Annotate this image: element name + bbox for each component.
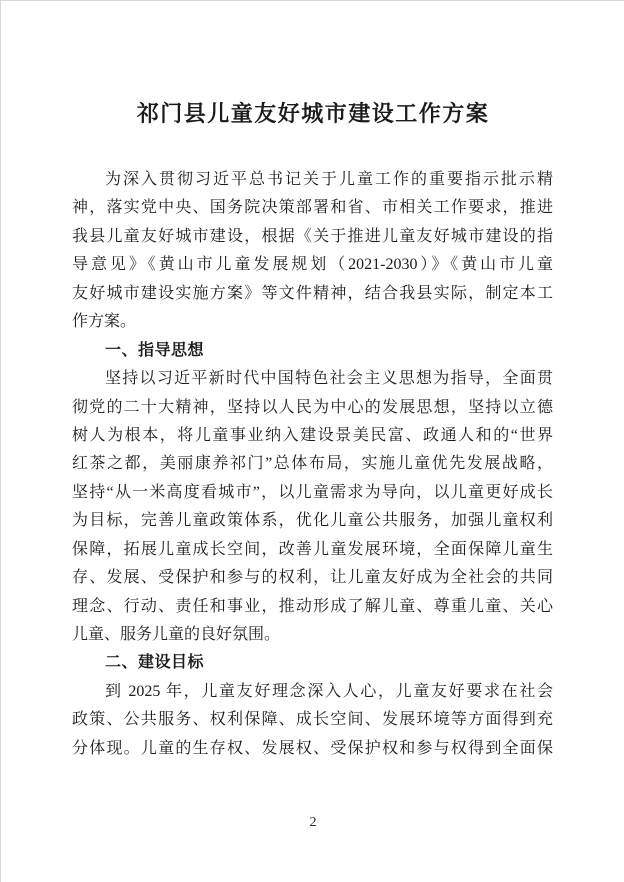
body-line: 作方案。 [72,308,553,336]
body-line: 理念、行动、责任和事业，推动形成了解儿童、尊重儿童、关心 [72,593,553,621]
body-line: 红茶之都，美丽康养祁门”总体布局，实施儿童优先发展战略， [72,450,553,478]
body-line: 树人为根本，将儿童事业纳入建设景美民富、政通人和的“世界 [72,422,553,450]
document-body: 为深入贯彻习近平总书记关于儿童工作的重要指示批示精 神，落实党中央、国务院决策部… [72,166,553,763]
body-line: 存、发展、受保护和参与的权利，让儿童友好成为全社会的共同 [72,564,553,592]
body-line: 友好城市建设实施方案》等文件精神，结合我县实际，制定本工 [72,280,553,308]
body-line: 分体现。儿童的生存权、发展权、受保护权和参与权得到全面保 [72,735,553,763]
body-line: 导意见》《黄山市儿童发展规划（2021-2030）》《黄山市儿童 [72,251,553,279]
body-line: 为目标，完善儿童政策体系，优化儿童公共服务，加强儿童权利 [72,507,553,535]
page-number: 2 [1,813,624,833]
body-line: 保障，拓展儿童成长空间，改善儿童发展环境，全面保障儿童生 [72,536,553,564]
body-line: 坚持“从一米高度看城市”，以儿童需求为导向，以儿童更好成长 [72,479,553,507]
body-line: 到 2025 年，儿童友好理念深入人心，儿童友好要求在社会 [72,678,553,706]
section-heading-guiding-ideology: 一、指导思想 [72,337,553,365]
body-line: 政策、公共服务、权利保障、成长空间、发展环境等方面得到充 [72,706,553,734]
document-page: 祁门县儿童友好城市建设工作方案 为深入贯彻习近平总书记关于儿童工作的重要指示批示… [0,0,624,882]
body-line: 神，落实党中央、国务院决策部署和省、市相关工作要求，推进 [72,194,553,222]
body-line: 儿童、服务儿童的良好氛围。 [72,621,553,649]
section-heading-construction-goals: 二、建设目标 [72,649,553,677]
body-line: 为深入贯彻习近平总书记关于儿童工作的重要指示批示精 [72,166,553,194]
body-line: 我县儿童友好城市建设，根据《关于推进儿童友好城市建设的指 [72,223,553,251]
document-title: 祁门县儿童友好城市建设工作方案 [1,97,624,131]
body-line: 坚持以习近平新时代中国特色社会主义思想为指导，全面贯 [72,365,553,393]
body-line: 彻党的二十大精神，坚持以人民为中心的发展思想，坚持以立德 [72,394,553,422]
